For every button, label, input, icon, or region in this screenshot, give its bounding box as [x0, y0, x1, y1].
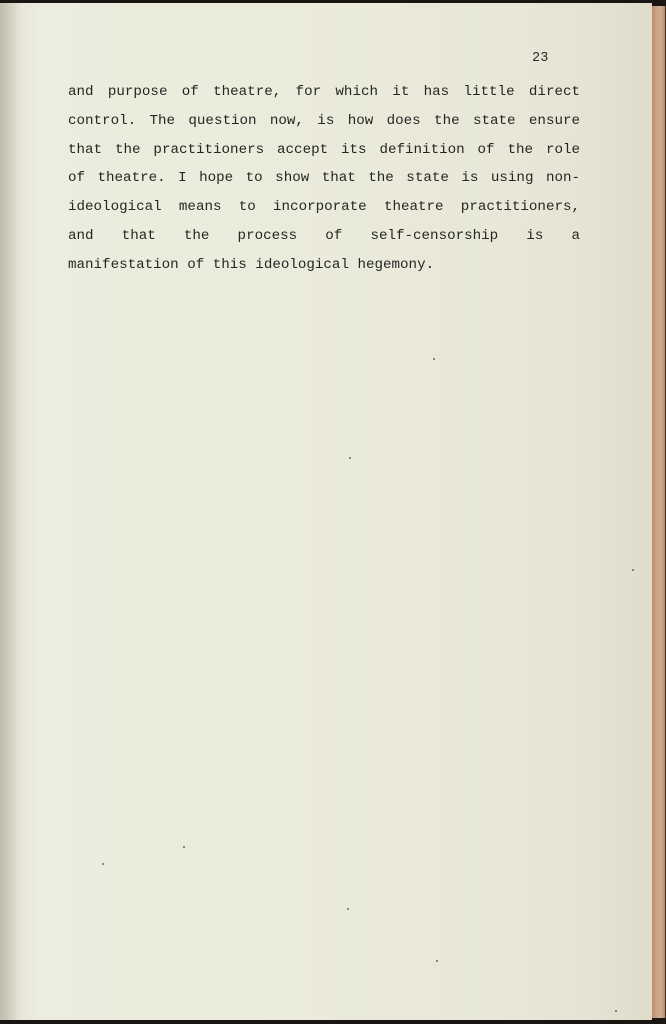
- text-line: and that the process of self-censorship …: [68, 225, 580, 254]
- body-paragraph: and purpose of theatre, for which it has…: [68, 81, 580, 283]
- dust-speck: [347, 908, 349, 910]
- book-page: 23 and purpose of theatre, for which it …: [0, 3, 652, 1020]
- text-line: ideological means to incorporate theatre…: [68, 196, 580, 225]
- dust-speck: [349, 457, 351, 459]
- text-line: of theatre. I hope to show that the stat…: [68, 167, 580, 196]
- dust-speck: [615, 1010, 617, 1012]
- dust-speck: [433, 358, 435, 360]
- text-line: manifestation of this ideological hegemo…: [68, 254, 580, 283]
- dust-speck: [102, 863, 104, 865]
- page-number: 23: [532, 51, 549, 66]
- page-stack-edge: [652, 6, 666, 1018]
- text-line: and purpose of theatre, for which it has…: [68, 81, 580, 110]
- dust-speck: [632, 569, 634, 571]
- scanned-book-spread: 23 and purpose of theatre, for which it …: [0, 0, 666, 1024]
- text-line: control. The question now, is how does t…: [68, 110, 580, 139]
- text-line: that the practitioners accept its defini…: [68, 139, 580, 168]
- dust-speck: [183, 846, 185, 848]
- dust-speck: [436, 960, 438, 962]
